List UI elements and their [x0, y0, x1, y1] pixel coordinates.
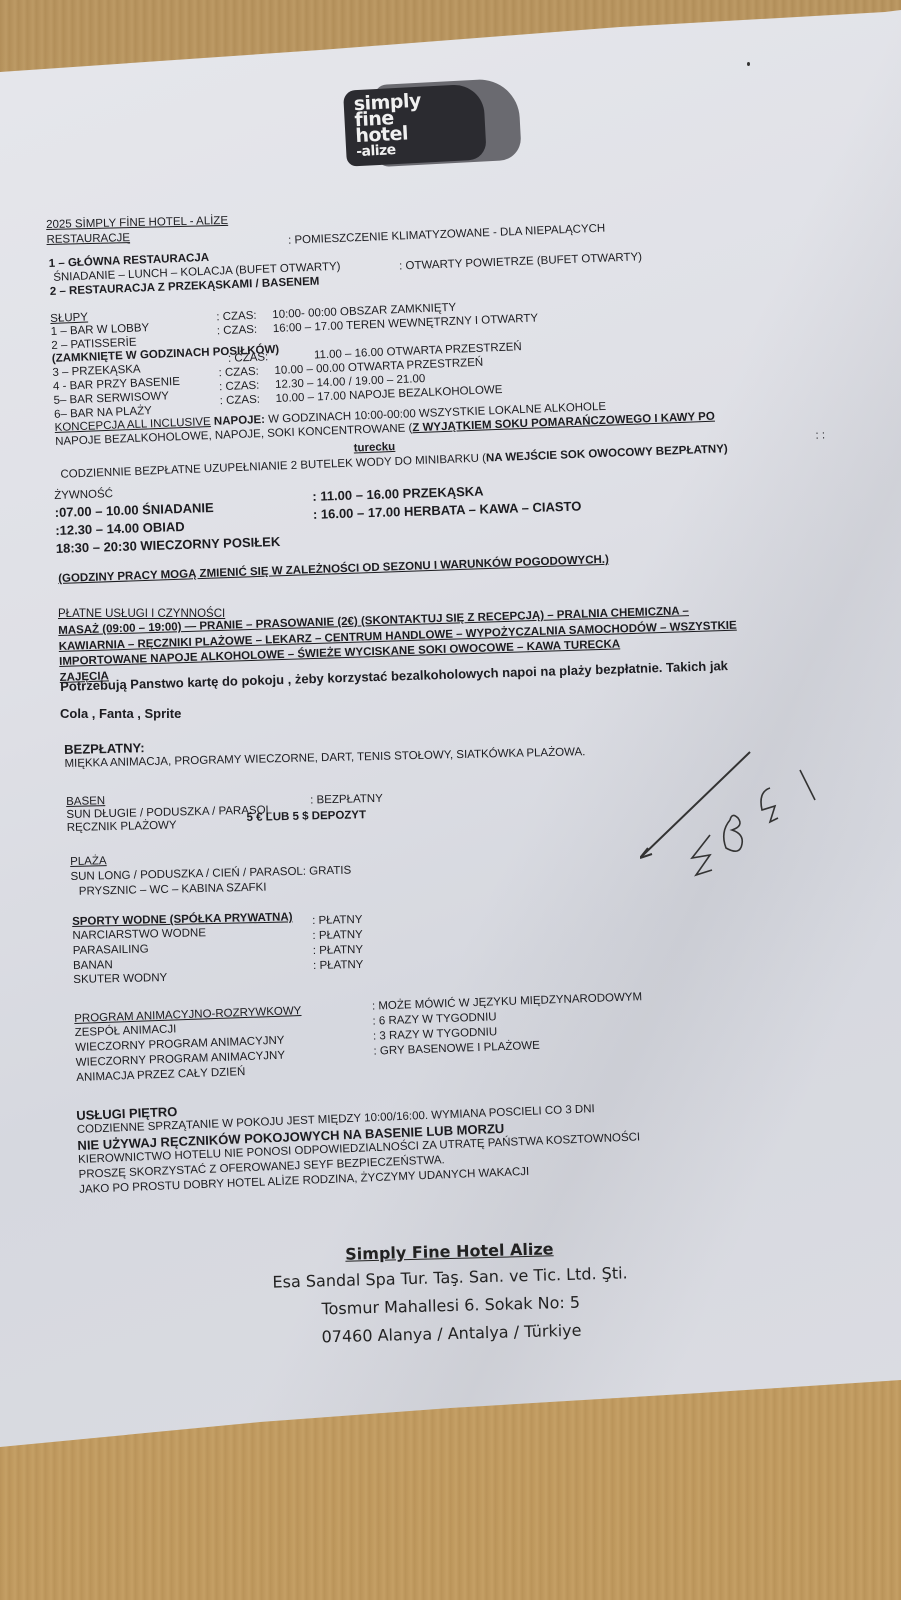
food-heading: ŻYWNOŚĆ	[54, 487, 113, 504]
all-inclusive-turkish-coffee: turecku	[353, 440, 395, 457]
parasailing-price: : PŁATNY	[312, 928, 363, 944]
parasailing: PARASAILING	[73, 942, 149, 959]
footer-block: Simply Fine Hotel Alize Esa Sandal Spa T…	[0, 1228, 901, 1360]
food-snack: : 11.00 – 16.00 PRZEKĄSKA	[312, 484, 484, 504]
paper-speck	[747, 62, 750, 66]
handwritten-arrow-annotation	[640, 740, 840, 890]
all-inclusive-welcome-juice: NA WEJŚCIE SOK OWOCOWY BEZPŁATNY)	[486, 443, 728, 464]
all-inclusive-colons: : :	[815, 428, 825, 443]
jet-ski: SKUTER WODNY	[73, 971, 167, 988]
pool-sunbed-value: : BEZPŁATNY	[310, 792, 383, 809]
free-section: BEZPŁATNY: MIĘKKA ANIMACJA, PROGRAMY WIE…	[64, 730, 586, 772]
logo-front-shape: simply fine hotel -alize	[343, 83, 487, 166]
pool-towel: RĘCZNIK PLAŻOWY	[67, 818, 177, 835]
animation-team-language: : MOŻE MÓWIĆ W JĘZYKU MIĘDZYNARODOWYM	[372, 990, 643, 1014]
animation-heading: PROGRAM ANIMACYJNO-ROZRYWKOWY	[74, 1004, 302, 1027]
pool-section: BASEN SUN DŁUGIE / PODUSZKA / PARASOL : …	[66, 785, 487, 840]
logo-line-4: -alize	[356, 141, 424, 160]
bar-patisserie-label: : CZAS:	[217, 323, 258, 340]
pool-towel-deposit: 5 € LUB 5 $ DEPOZYT	[246, 808, 366, 826]
restaurant-snack-desc: : OTWARTY POWIETRZE (BUFET OTWARTY)	[399, 250, 642, 274]
free-drinks-list: Cola , Fanta , Sprite	[60, 706, 181, 721]
all-inclusive-drinks-label: NAPOJE:	[211, 414, 266, 428]
logo-text: simply fine hotel -alize	[353, 93, 423, 160]
hotel-logo: simply fine hotel -alize	[343, 73, 528, 178]
jet-ski-price: : PŁATNY	[313, 958, 364, 974]
food-lunch: :12.30 – 14.00 OBIAD	[55, 519, 185, 538]
banana-price: : PŁATNY	[313, 943, 364, 959]
water-ski-price: : PŁATNY	[312, 913, 363, 929]
animation-section: PROGRAM ANIMACYJNO-ROZRYWKOWY ZESPÓŁ ANI…	[74, 990, 716, 1087]
food-dinner: 18:30 – 20:30 WIECZORNY POSIŁEK	[56, 534, 281, 556]
floor-services-section: USŁUGI PIĘTRO CODZIENNE SPRZĄTANIE W POK…	[76, 1085, 642, 1198]
water-ski: NARCIARSTWO WODNE	[72, 926, 206, 944]
restaurant-main-desc: : POMIESZCZENIE KLIMATYZOWANE - DLA NIEP…	[288, 222, 606, 249]
water-sports-section: SPORTY WODNE (SPÓŁKA PRYWATNA) NARCIARST…	[72, 908, 394, 990]
hotel-info-document: simply fine hotel -alize 2025 SİMPLY FİN…	[0, 0, 901, 1600]
beach-section: PLAŻA SUN LONG / PODUSZKA / CIEŃ / PARAS…	[70, 849, 352, 900]
